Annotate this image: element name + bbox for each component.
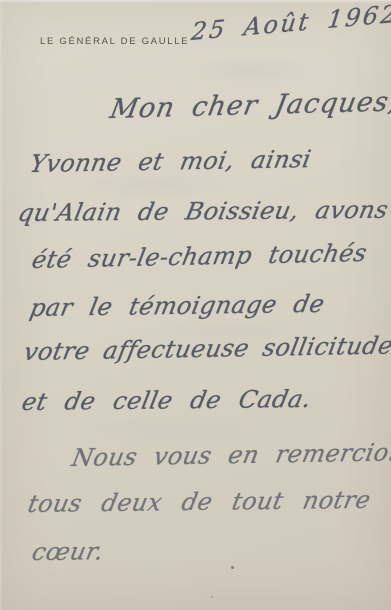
ink-dot (211, 596, 213, 598)
handwritten-date: 25 Août 1962. (190, 1, 391, 44)
handwriting-line: tous deux de tout notre (26, 488, 373, 516)
letterhead: LE GÉNÉRAL DE GAULLE (40, 36, 189, 47)
handwriting-line: cœur. (30, 539, 106, 564)
handwriting-line: votre affectueuse sollicitude (22, 333, 391, 364)
handwriting-line: par le témoignage de (28, 292, 327, 320)
handwriting-line: Yvonne et moi, ainsi (28, 147, 313, 176)
letter-page: LE GÉNÉRAL DE GAULLE 25 Août 1962. Mon c… (0, 0, 391, 610)
handwriting-line: Nous vous en remercions (70, 440, 391, 470)
salutation: Mon cher Jacques, (108, 88, 391, 123)
handwriting-line: et de celle de Cada. (20, 387, 314, 414)
handwriting-line: qu'Alain de Boissieu, avons (16, 198, 390, 225)
handwriting-line: été sur-le-champ touchés (30, 241, 369, 272)
ink-dot (231, 566, 234, 569)
